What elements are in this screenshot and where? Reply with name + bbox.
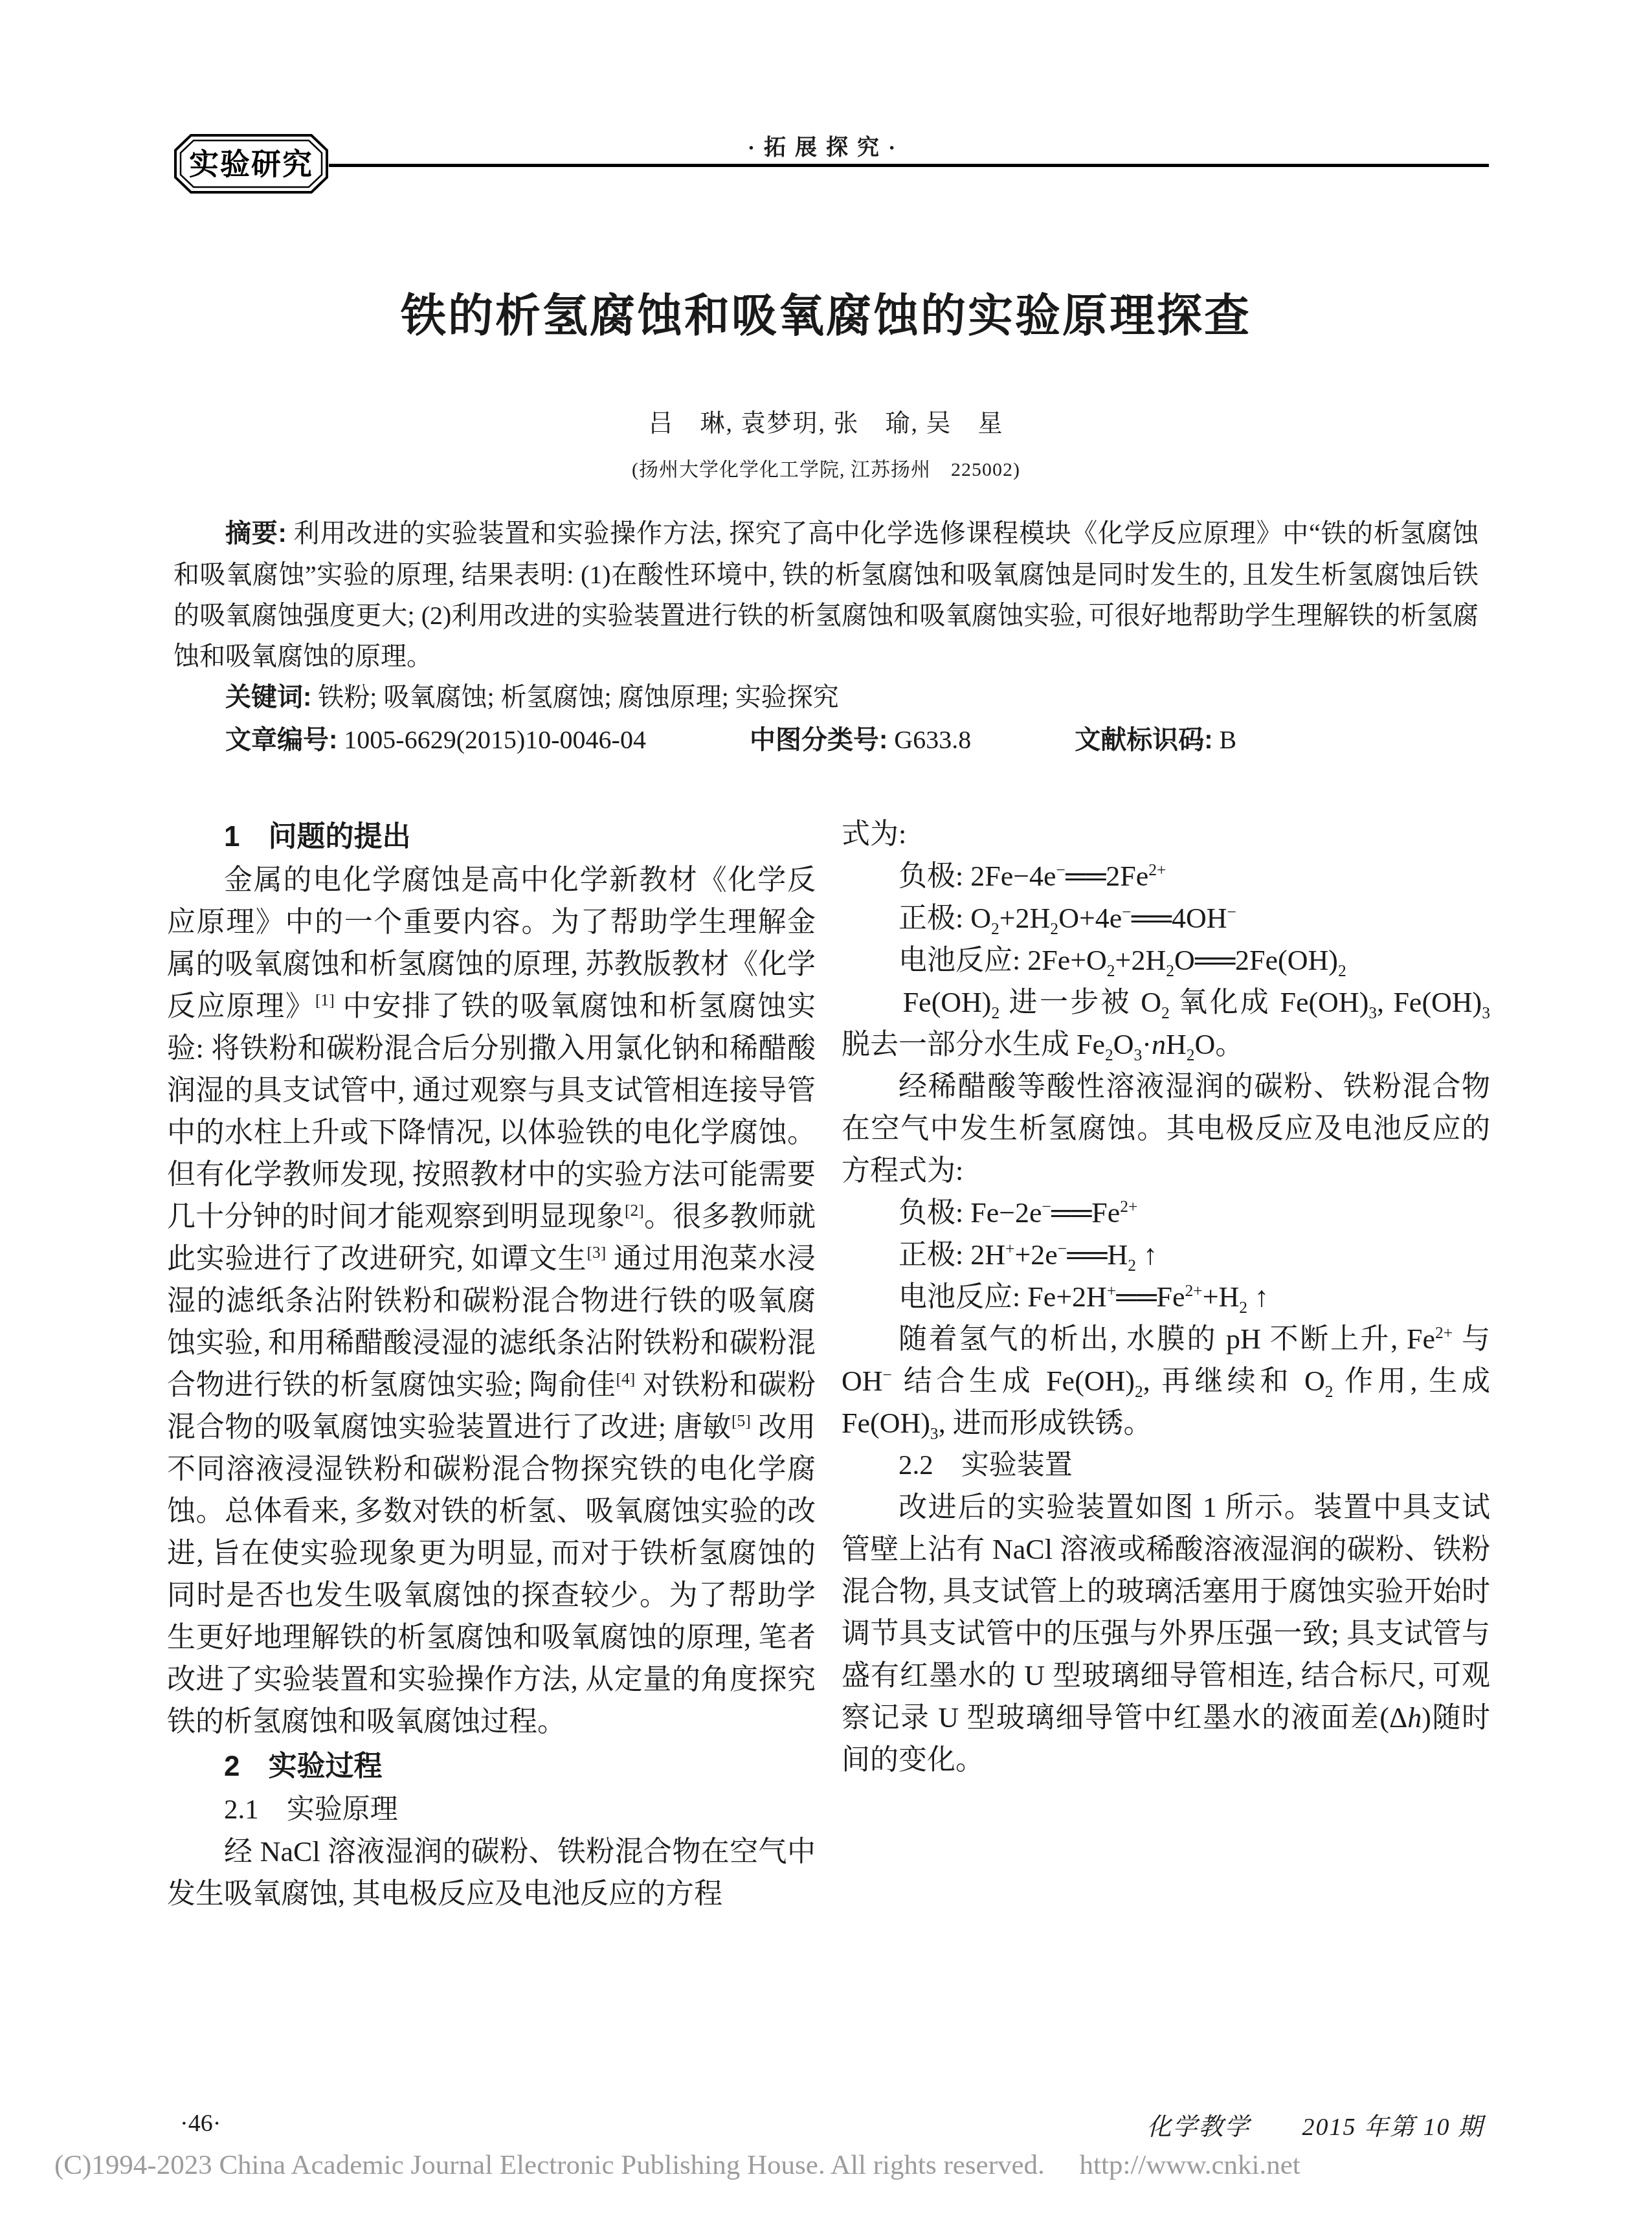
- abstract-label: 摘要:: [225, 519, 287, 548]
- clc-group: 中图分类号: G633.8: [750, 725, 971, 754]
- article-title: 铁的析氢腐蚀和吸氧腐蚀的实验原理探查: [0, 280, 1652, 345]
- header-rule: [329, 164, 1489, 167]
- right-column: 式为:负极: 2Fe−4e−══2Fe2+正极: O2+2H2O+4e−══4O…: [842, 813, 1490, 1915]
- equation-line: 正极: 2H++2e−══H2 ↑: [842, 1234, 1490, 1276]
- equation-line: 负极: 2Fe−4e−══2Fe2+: [842, 855, 1490, 897]
- equation-line: 正极: O2+2H2O+4e−══4OH−: [842, 897, 1490, 939]
- authors: 吕 琳, 袁梦玥, 张 瑜, 吴 星: [0, 403, 1652, 438]
- abstract-text: 利用改进的实验装置和实验操作方法, 探究了高中化学选修课程模块《化学反应原理》中…: [173, 519, 1479, 671]
- paragraph: Fe(OH)2 进一步被 O2 氧化成 Fe(OH)3, Fe(OH)3 脱去一…: [842, 981, 1490, 1066]
- paragraph: 随着氢气的析出, 水膜的 pH 不断上升, Fe2+ 与 OH− 结合生成 Fe…: [842, 1318, 1490, 1444]
- paragraph: 经 NaCl 溶液湿润的碳粉、铁粉混合物在空气中发生吸氧腐蚀, 其电极反应及电池…: [167, 1831, 816, 1915]
- keywords-text: 铁粉; 吸氧腐蚀; 析氢腐蚀; 腐蚀原理; 实验探究: [318, 682, 838, 711]
- article-id-group: 文章编号: 1005-6629(2015)10-0046-04: [225, 725, 646, 754]
- journal-issue: 化学教学 2015 年第 10 期: [1146, 2107, 1484, 2142]
- front-matter: 摘要: 利用改进的实验装置和实验操作方法, 探究了高中化学选修课程模块《化学反应…: [173, 513, 1479, 761]
- paragraph: 改进后的实验装置如图 1 所示。装置中具支试管壁上沾有 NaCl 溶液或稀酸溶液…: [842, 1486, 1490, 1781]
- journal-page: 实验研究 ·拓展探究· 铁的析氢腐蚀和吸氧腐蚀的实验原理探查 吕 琳, 袁梦玥,…: [0, 0, 1652, 2225]
- subsection-heading: 2.2 实验装置: [842, 1444, 1490, 1486]
- keywords-label: 关键词:: [225, 683, 311, 711]
- abstract-paragraph: 摘要: 利用改进的实验装置和实验操作方法, 探究了高中化学选修课程模块《化学反应…: [173, 513, 1479, 676]
- doc-code-group: 文献标识码: B: [1075, 725, 1236, 754]
- equation-line: 负极: Fe−2e−══Fe2+: [842, 1192, 1490, 1234]
- left-column: 1 问题的提出金属的电化学腐蚀是高中化学新教材《化学反应原理》中的一个重要内容。…: [167, 813, 816, 1915]
- paragraph: 经稀醋酸等酸性溶液湿润的碳粉、铁粉混合物在空气中发生析氢腐蚀。其电极反应及电池反…: [842, 1066, 1490, 1192]
- section-heading: 1 问题的提出: [167, 816, 816, 858]
- section-heading: 2 实验过程: [167, 1745, 816, 1787]
- body-columns: 1 问题的提出金属的电化学腐蚀是高中化学新教材《化学反应原理》中的一个重要内容。…: [167, 813, 1490, 1915]
- codes-line: 文章编号: 1005-6629(2015)10-0046-04 中图分类号: G…: [173, 719, 1479, 761]
- keywords-line: 关键词: 铁粉; 吸氧腐蚀; 析氢腐蚀; 腐蚀原理; 实验探究: [173, 676, 1479, 718]
- page-number: ·46·: [180, 2109, 221, 2138]
- equation-line: 电池反应: Fe+2H+══Fe2++H2 ↑: [842, 1276, 1490, 1318]
- paragraph: 金属的电化学腐蚀是高中化学新教材《化学反应原理》中的一个重要内容。为了帮助学生理…: [167, 859, 816, 1743]
- affiliation: (扬州大学化学化工学院, 江苏扬州 225002): [0, 453, 1652, 482]
- article-id-value: 1005-6629(2015)10-0046-04: [344, 725, 646, 754]
- equation-line: 电池反应: 2Fe+O2+2H2O══2Fe(OH)2: [842, 939, 1490, 981]
- clc-label: 中图分类号:: [750, 726, 887, 754]
- doc-code-value: B: [1219, 725, 1236, 754]
- subsection-heading: 2.1 实验原理: [167, 1789, 816, 1831]
- article-id-label: 文章编号:: [225, 726, 337, 754]
- clc-value: G633.8: [894, 725, 971, 754]
- paragraph: 式为:: [842, 813, 1490, 855]
- copyright-line: (C)1994-2023 China Academic Journal Elec…: [54, 2143, 1300, 2182]
- column-header: ·拓展探究·: [0, 129, 1652, 161]
- doc-code-label: 文献标识码:: [1075, 726, 1212, 754]
